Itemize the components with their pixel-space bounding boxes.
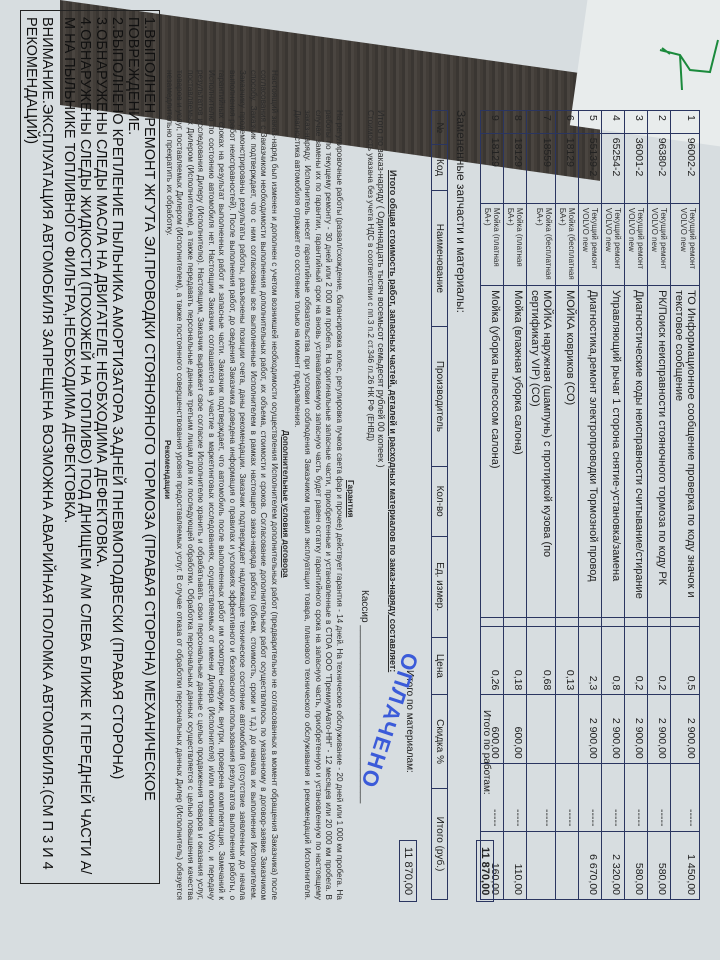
row-manufacturer [579,618,602,627]
row-name: Управляющий рычаг 1 сторона снятие-устан… [602,286,625,618]
row-manufacturer [648,618,671,627]
table-row: 465254-2Текущий ремонт VOLVO newУправляю… [602,111,625,900]
row-price: 2 900,00 [579,695,602,763]
row-discount: ----- [625,763,648,831]
row-discount: ----- [671,763,700,831]
row-name: РК/Поиск неисправности стояночного тормо… [648,286,671,618]
row-qty: 0,5 [671,627,700,695]
warranty-text: На регулировочные работы (развал/схожден… [292,110,345,900]
recommendation-item: ВНИМАНИЕ.ЭКСПЛУАТАЦИЯ АВТОМОБИЛЯ ЗАПРЕЩЕ… [23,17,55,877]
rotated-document: 196002-2Текущий ремонт VOLVO newТО Инфор… [0,0,720,960]
row-number: 4 [602,111,625,134]
additional-terms-text: Настоящий заказ-наряд был изменен и допо… [164,70,280,900]
row-number: 7 [527,111,556,134]
row-type: Текущий ремонт VOLVO new [648,203,671,285]
row-manufacturer [481,618,504,627]
recommendations-title: Рекомендации [162,440,173,560]
row-total: 6 670,00 [579,831,602,900]
row-qty: 0,2 [648,627,671,695]
row-qty: 0,2 [625,627,648,695]
row-qty: 0,26 [481,627,504,695]
row-qty: 0,18 [504,627,527,695]
row-type: Мойка (платная БА+) [504,203,527,285]
row-type: Мойка (бесплатная БА+) [556,203,579,285]
row-qty: 0,13 [556,627,579,695]
row-code: 18129 [481,133,504,203]
row-qty: 2,3 [579,627,602,695]
row-manufacturer [625,618,648,627]
row-code: 18559 [527,133,556,203]
table-row: 336001-2Текущий ремонт VOLVO newДиагност… [625,111,648,900]
row-price: 2 900,00 [671,695,700,763]
grand-total-heading: Итого общая стоимость работ, запасных ча… [388,170,399,890]
row-code: 18129 [504,133,527,203]
row-code: 36001-2 [625,133,648,203]
row-code: 18129 [556,133,579,203]
materials-column-header: Производитель [432,327,448,467]
materials-total-value: 11 870,00 [399,840,417,902]
row-total: 110,00 [504,831,527,900]
table-row: 718559Мойка (бесплатная БА+)МОЙКА наружн… [527,111,556,900]
recommendation-item: 4.ОБНАРУЖЕНЫ СЛЕДЫ ЖИДКОСТИ (ПОХОЖЕЙ НА … [61,17,93,877]
row-number: 8 [504,111,527,134]
warranty-title: Гарантия [345,480,356,560]
materials-title: Замененные запчасти и материалы: [454,110,468,313]
materials-column-header: Код [432,145,448,190]
materials-column-header: Цена [432,637,448,695]
row-type: Текущий ремонт VOLVO new [579,203,602,285]
row-manufacturer [671,618,700,627]
materials-column-header: Кол-во [432,466,448,536]
row-number: 1 [671,111,700,134]
row-discount: ----- [527,763,556,831]
row-price [527,695,556,763]
row-price: 2 900,00 [625,695,648,763]
row-name: Мойка (влажная уборка салона) [504,286,527,618]
row-type: Текущий ремонт VOLVO new [625,203,648,285]
table-row: 818129Мойка (платная БА+)Мойка (влажная … [504,111,527,900]
materials-column-header: № [432,111,448,145]
row-manufacturer [556,618,579,627]
table-row: 618129Мойка (бесплатная БА+)МОЙКА коврик… [556,111,579,900]
row-code: 55139-2 [579,133,602,203]
row-discount: ----- [648,763,671,831]
materials-column-header: Скидка % [432,695,448,789]
recommendation-item: 1.ВЫПОЛНЕН РЕМОНТ ЖГУТА ЭЛ.ПРОВОДКИ СТОЯ… [125,17,157,877]
row-total: 580,00 [625,831,648,900]
row-discount: ----- [504,763,527,831]
recommendation-item: 3.ОБНАРУЖЕНЫ СЛЕДЫ МАСЛА НА ДВИГАТЕЛЕ НЕ… [93,17,109,877]
row-name: Диагностика,ремонт электропроводки Тормо… [579,286,602,618]
recommendations-box: 1.ВЫПОЛНЕН РЕМОНТ ЖГУТА ЭЛ.ПРОВОДКИ СТОЯ… [20,10,160,884]
row-discount: ----- [579,763,602,831]
table-row: 555139-2Текущий ремонт VOLVO newДиагност… [579,111,602,900]
materials-column-header: Наименование [432,190,448,326]
table-row: 296380-2Текущий ремонт VOLVO newРК/Поиск… [648,111,671,900]
row-number: 3 [625,111,648,134]
row-name: МОЙКА ковриков (СО) [556,286,579,618]
row-number: 2 [648,111,671,134]
row-name: Мойка (уборка пылесосом салона) [481,286,504,618]
row-type: Мойка (платная БА+) [481,203,504,285]
row-number: 9 [481,111,504,134]
row-qty: 0,68 [527,627,556,695]
row-price: 600,00 [504,695,527,763]
row-code: 65254-2 [602,133,625,203]
row-name: ТО Информационное сообщение проверка по … [671,286,700,618]
row-total: 1 450,00 [671,831,700,900]
row-type: Текущий ремонт VOLVO new [671,203,700,285]
row-type: Мойка (бесплатная БА+) [527,203,556,285]
row-price: 2 900,00 [602,695,625,763]
row-price [556,695,579,763]
additional-terms-title: Дополнительные условия договора [280,430,291,630]
row-code: 96380-2 [648,133,671,203]
recommendation-item: 2.ВЫПОЛНЕНО КРЕПЛЕНИЕ ПЫЛЬНИКА АМОРТИЗАТ… [109,17,125,877]
row-name: МОЙКА наружная (шампунь) с протиркой куз… [527,286,556,618]
row-number: 5 [579,111,602,134]
row-total [556,831,579,900]
materials-column-header: Итого (руб.) [432,788,448,899]
row-discount: ----- [556,763,579,831]
row-type: Текущий ремонт VOLVO new [602,203,625,285]
row-qty: 0,8 [602,627,625,695]
works-table: 196002-2Текущий ремонт VOLVO newТО Инфор… [480,110,700,900]
row-total: 580,00 [648,831,671,900]
row-name: Диагностические коды неисправности считы… [625,286,648,618]
works-total-value: 11 870,00 [476,840,494,902]
row-total: 2 320,00 [602,831,625,900]
row-manufacturer [504,618,527,627]
row-number: 6 [556,111,579,134]
row-code: 96002-2 [671,133,700,203]
row-total [527,831,556,900]
row-discount: ----- [602,763,625,831]
table-row: 196002-2Текущий ремонт VOLVO newТО Инфор… [671,111,700,900]
works-total-label: Итого по работам: [481,710,492,795]
row-manufacturer [527,618,556,627]
row-price: 2 900,00 [648,695,671,763]
row-manufacturer [602,618,625,627]
materials-column-header: Ед. измер. [432,536,448,637]
materials-table: №КодНаименованиеПроизводительКол-воЕд. и… [431,110,448,900]
